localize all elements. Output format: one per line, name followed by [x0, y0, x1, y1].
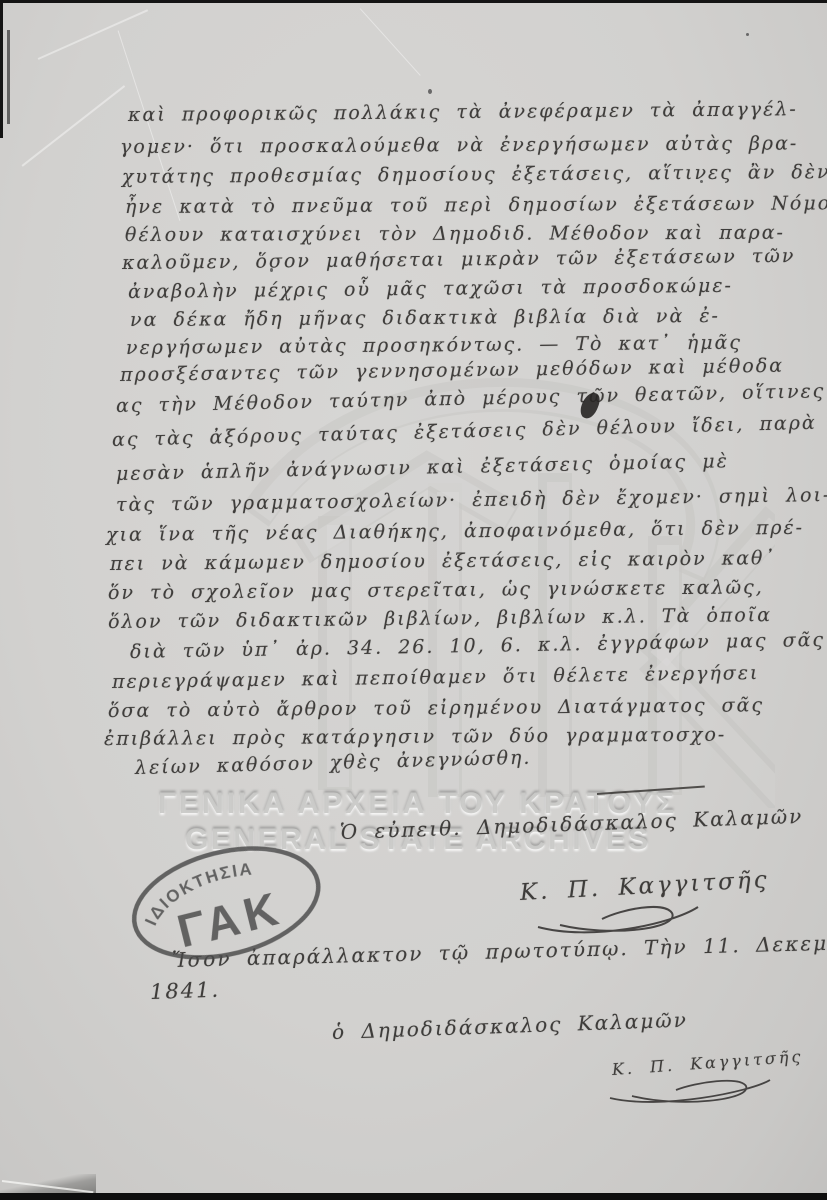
manuscript-line: θέλουν καταισχύνει τὸν Δημοδιδ. Μέθοδον …	[125, 222, 785, 246]
manuscript-line: ἐπιβάλλει πρὸς κατάργησιν τῶν δύο γραμμα…	[104, 724, 726, 750]
scan-edge-left	[0, 0, 3, 138]
scan-edge-top	[0, 0, 827, 3]
manuscript-line: να δέκα ἤδη μῆνας διδακτικὰ βιβλία διὰ ν…	[130, 305, 720, 331]
manuscript-line: καὶ προφορικῶς πολλάκις τὰ ἀνεφέραμεν τὰ…	[128, 98, 798, 126]
paper-crease	[360, 8, 421, 76]
closing-title-line-2: ὁ Δημοδιδάσκαλος Καλαμῶν	[332, 1008, 689, 1044]
signature-text-2: Κ. Π. Καγγιτσῆς	[611, 1047, 804, 1079]
paper-crease	[22, 85, 125, 166]
manuscript-line: ἦνε κατὰ τὸ πνεῦμα τοῦ περὶ δημοσίων ἐξε…	[125, 192, 827, 218]
manuscript-line: ἀναβολὴν μέχρις οὗ μᾶς ταχῶσι τὰ προσδοκ…	[128, 275, 733, 303]
manuscript-line: χυτάτης προθεσμίας δημοσίους ἐξετάσεις, …	[122, 161, 827, 188]
signature-text: Κ. Π. Καγγιτσῆς	[519, 867, 770, 906]
scanned-document-page: ΓΕΝΙΚΑ ΑΡΧΕΙΑ ΤΟΥ ΚΡΑΤΟΥΣ GENERAL STATE …	[0, 0, 827, 1200]
scan-edge-bottom	[0, 1193, 827, 1200]
ink-speck	[746, 33, 749, 36]
signature-flourish	[530, 903, 710, 937]
ink-speck	[428, 89, 432, 94]
ink-speck	[700, 180, 703, 183]
manuscript-line: καλοῦμεν, ὅσον μαθήσεται μικρὰν τῶν ἐξετ…	[122, 245, 796, 274]
signature-flourish-2	[600, 1078, 775, 1108]
scan-edge-mark	[7, 30, 10, 124]
ink-speck	[270, 268, 273, 272]
manuscript-line: γομεν· ὅτι προσκαλούμεθα νὰ ἐνεργήσωμεν …	[120, 132, 798, 158]
paper-crease	[38, 9, 148, 59]
